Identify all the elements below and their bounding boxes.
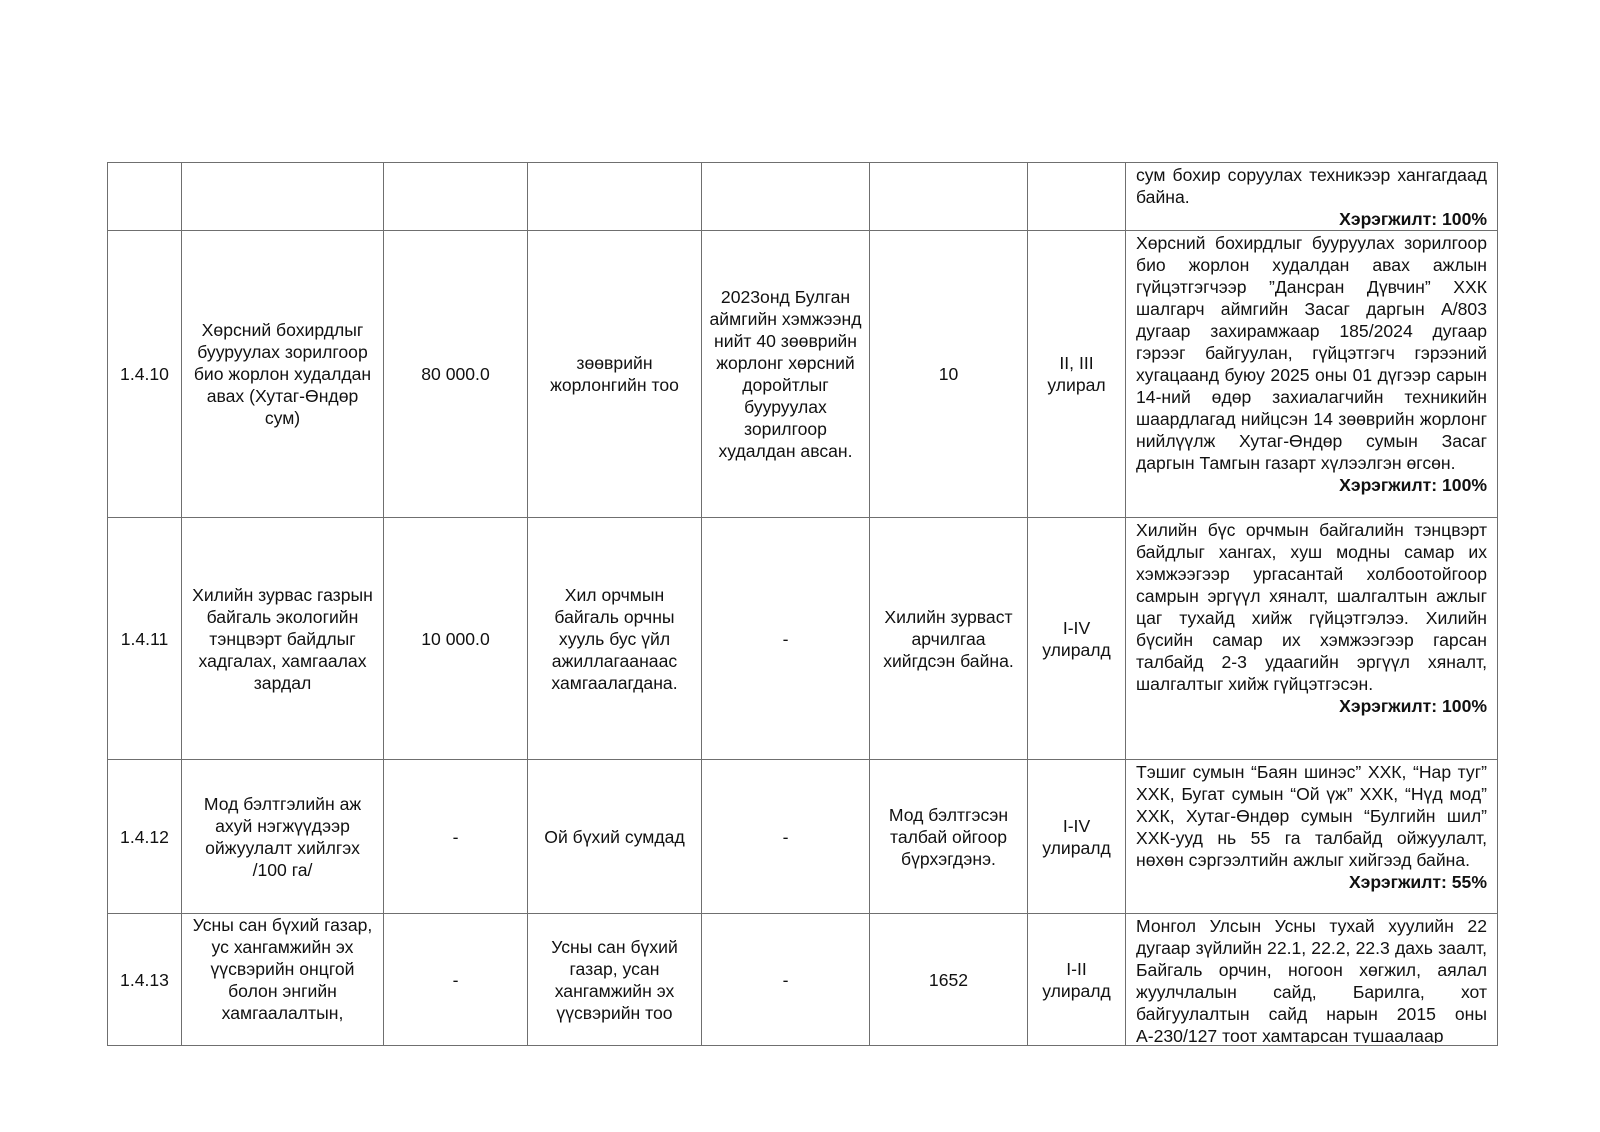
implementation-rating: Хэрэгжилт: 55% [1136,871,1487,893]
report-text: сум бохир соруулах техникээр хангагдаад … [1136,164,1487,208]
budget-cell: - [384,914,528,1046]
indicator-cell: Ой бүхий сумдад [528,760,702,914]
indicator-cell: Хил орчмын байгаль орчны хууль бус үйл а… [528,518,702,760]
activity-cell [182,163,384,231]
target-cell: 1652 [870,914,1028,1046]
budget-cell [384,163,528,231]
baseline-cell: - [702,760,870,914]
report-cell: сум бохир соруулах техникээр хангагдаад … [1126,163,1498,231]
period-cell: I-II улиралд [1028,914,1126,1046]
target-cell: 10 [870,231,1028,518]
report-text: Хөрсний бохирдлыг бууруулах зорилгоор би… [1136,232,1487,474]
budget-cell: 10 000.0 [384,518,528,760]
implementation-rating: Хэрэгжилт: 100% [1136,208,1487,230]
table-row: 1.4.11 Хилийн зурвас газрын байгаль экол… [108,518,1498,760]
row-id-cell: 1.4.10 [108,231,182,518]
row-id-cell: 1.4.11 [108,518,182,760]
activity-cell: Мод бэлтгэлийн аж ахуй нэгжүүдээр ойжуул… [182,760,384,914]
report-text: Монгол Улсын Усны тухай хуулийн 22 дугаа… [1136,915,1487,1043]
activity-cell: Усны сан бүхий газар, ус хангамжийн эх ү… [182,914,384,1046]
period-cell: II, III улирал [1028,231,1126,518]
table-row: 1.4.10 Хөрсний бохирдлыг бууруулах зорил… [108,231,1498,518]
row-id-cell [108,163,182,231]
baseline-cell: - [702,914,870,1046]
implementation-report-table: сум бохир соруулах техникээр хангагдаад … [107,162,1498,1046]
report-cell: Хилийн бүс орчмын байгалийн тэнцвэрт бай… [1126,518,1498,760]
activity-cell: Хөрсний бохирдлыг бууруулах зорилгоор би… [182,231,384,518]
baseline-cell: 2023онд Булган аймгийн хэмжээнд нийт 40 … [702,231,870,518]
report-cell: Монгол Улсын Усны тухай хуулийн 22 дугаа… [1126,914,1498,1046]
activity-text: Усны сан бүхий газар, ус хангамжийн эх ү… [188,914,377,1042]
table-row: 1.4.13 Усны сан бүхий газар, ус хангамжи… [108,914,1498,1046]
activity-cell: Хилийн зурвас газрын байгаль экологийн т… [182,518,384,760]
budget-cell: - [384,760,528,914]
report-cell: Хөрсний бохирдлыг бууруулах зорилгоор би… [1126,231,1498,518]
target-cell: Хилийн зурваст арчилгаа хийгдсэн байна. [870,518,1028,760]
period-cell [1028,163,1126,231]
indicator-cell [528,163,702,231]
period-cell: I-IV улиралд [1028,518,1126,760]
row-id-cell: 1.4.13 [108,914,182,1046]
target-cell: Мод бэлтгэсэн талбай ойгоор бүрхэгдэнэ. [870,760,1028,914]
implementation-rating: Хэрэгжилт: 100% [1136,695,1487,717]
baseline-cell: - [702,518,870,760]
indicator-cell: Усны сан бүхий газар, усан хангамжийн эх… [528,914,702,1046]
budget-cell: 80 000.0 [384,231,528,518]
report-text: Тэшиг сумын “Баян шинэс” ХХК, “Нар туг” … [1136,761,1487,871]
period-cell: I-IV улиралд [1028,760,1126,914]
report-text: Хилийн бүс орчмын байгалийн тэнцвэрт бай… [1136,519,1487,695]
table-row: сум бохир соруулах техникээр хангагдаад … [108,163,1498,231]
target-cell [870,163,1028,231]
report-cell: Тэшиг сумын “Баян шинэс” ХХК, “Нар туг” … [1126,760,1498,914]
row-id-cell: 1.4.12 [108,760,182,914]
baseline-cell [702,163,870,231]
implementation-rating: Хэрэгжилт: 100% [1136,474,1487,496]
table-row: 1.4.12 Мод бэлтгэлийн аж ахуй нэгжүүдээр… [108,760,1498,914]
document-page: сум бохир соруулах техникээр хангагдаад … [0,0,1600,1132]
indicator-cell: зөөврийн жорлонгийн тоо [528,231,702,518]
